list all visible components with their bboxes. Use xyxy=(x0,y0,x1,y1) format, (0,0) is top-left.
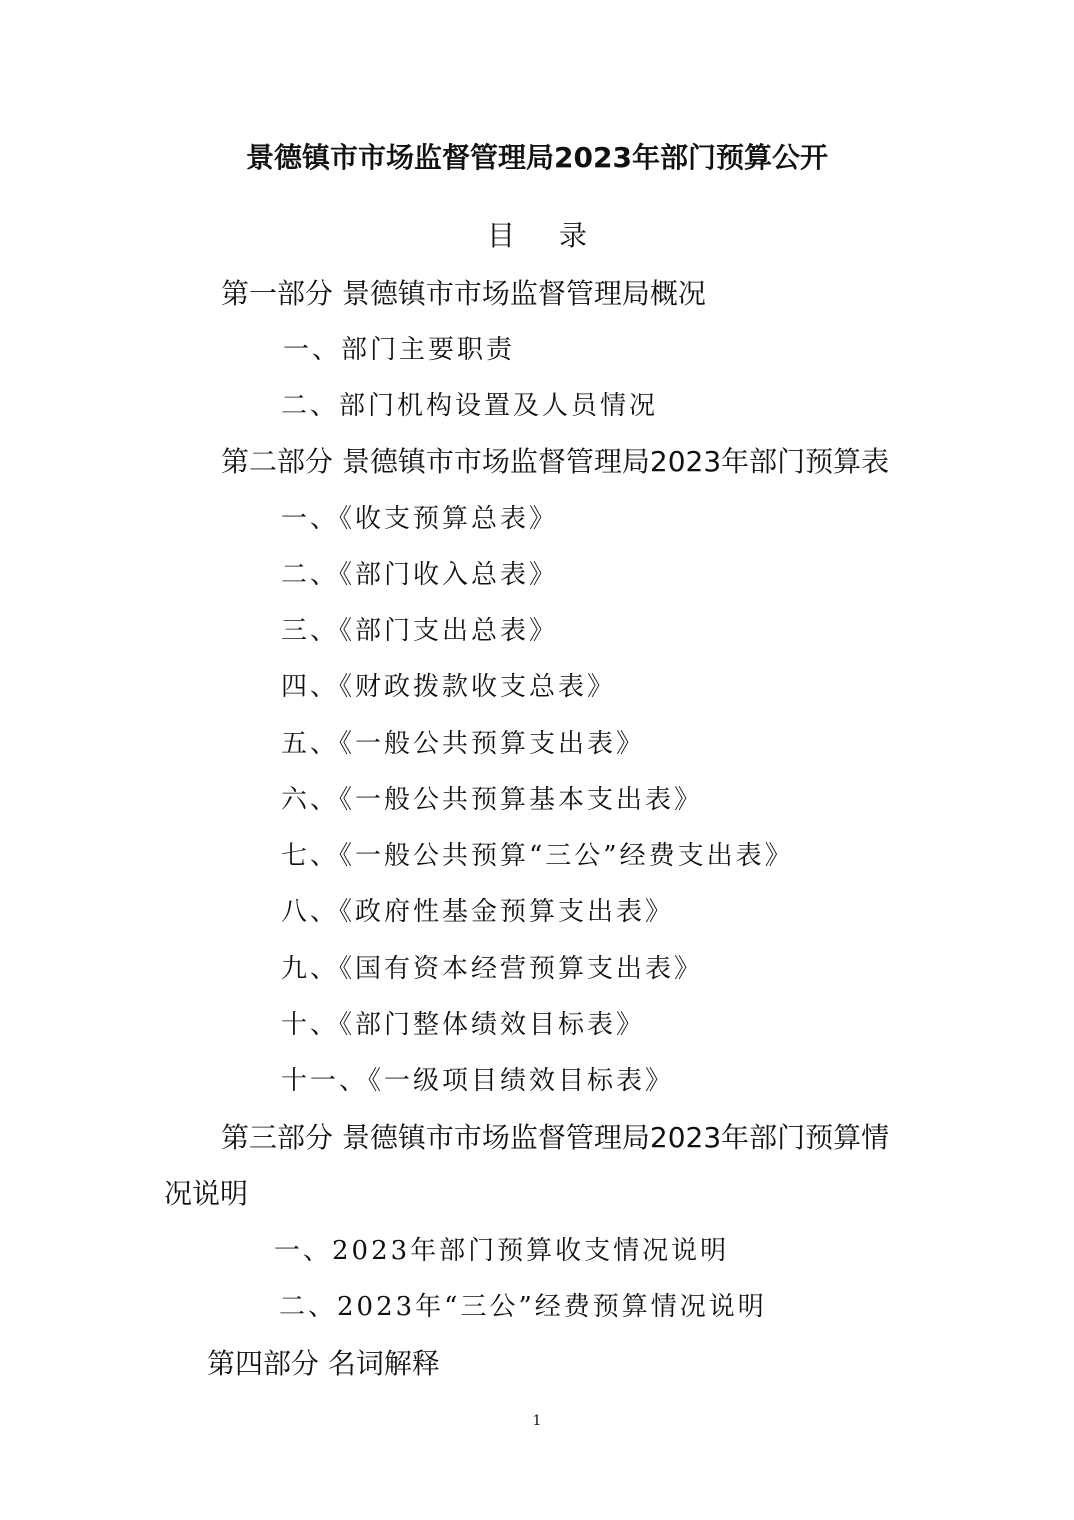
toc-part-2[interactable]: 第二部分 景德镇市市场监督管理局2023年部门预算表 xyxy=(221,448,889,476)
toc-item[interactable]: 五、《一般公共预算支出表》 xyxy=(281,731,645,757)
toc-heading: 目录 xyxy=(0,222,1074,250)
toc-item[interactable]: 二、《部门收入总表》 xyxy=(281,562,558,588)
toc-item[interactable]: 一、《收支预算总表》 xyxy=(281,506,558,532)
toc-part-3-line1[interactable]: 第三部分 景德镇市市场监督管理局2023年部门预算情 xyxy=(221,1124,889,1152)
toc-item[interactable]: 八、《政府性基金预算支出表》 xyxy=(281,899,674,925)
toc-item[interactable]: 二、部门机构设置及人员情况 xyxy=(281,393,658,419)
toc-part-4[interactable]: 第四部分 名词解释 xyxy=(207,1350,440,1378)
toc-item[interactable]: 二、2023年“三公”经费预算情况说明 xyxy=(279,1294,767,1320)
toc-item[interactable]: 四、《财政拨款收支总表》 xyxy=(281,674,616,700)
toc-item[interactable]: 六、《一般公共预算基本支出表》 xyxy=(281,787,703,813)
toc-item[interactable]: 三、《部门支出总表》 xyxy=(281,618,558,644)
toc-item[interactable]: 九、《国有资本经营预算支出表》 xyxy=(281,956,703,982)
toc-item[interactable]: 一、部门主要职责 xyxy=(283,337,515,363)
toc-part-3-line2[interactable]: 况说明 xyxy=(164,1180,248,1208)
toc-item[interactable]: 十、《部门整体绩效目标表》 xyxy=(281,1012,645,1038)
toc-item[interactable]: 一、2023年部门预算收支情况说明 xyxy=(274,1238,729,1264)
toc-item[interactable]: 七、《一般公共预算“三公”经费支出表》 xyxy=(281,843,794,869)
toc-part-1[interactable]: 第一部分 景德镇市市场监督管理局概况 xyxy=(221,280,706,308)
document-title: 景德镇市市场监督管理局2023年部门预算公开 xyxy=(0,144,1074,172)
page-number: 1 xyxy=(0,1414,1074,1428)
toc-item[interactable]: 十一、《一级项目绩效目标表》 xyxy=(281,1068,674,1094)
